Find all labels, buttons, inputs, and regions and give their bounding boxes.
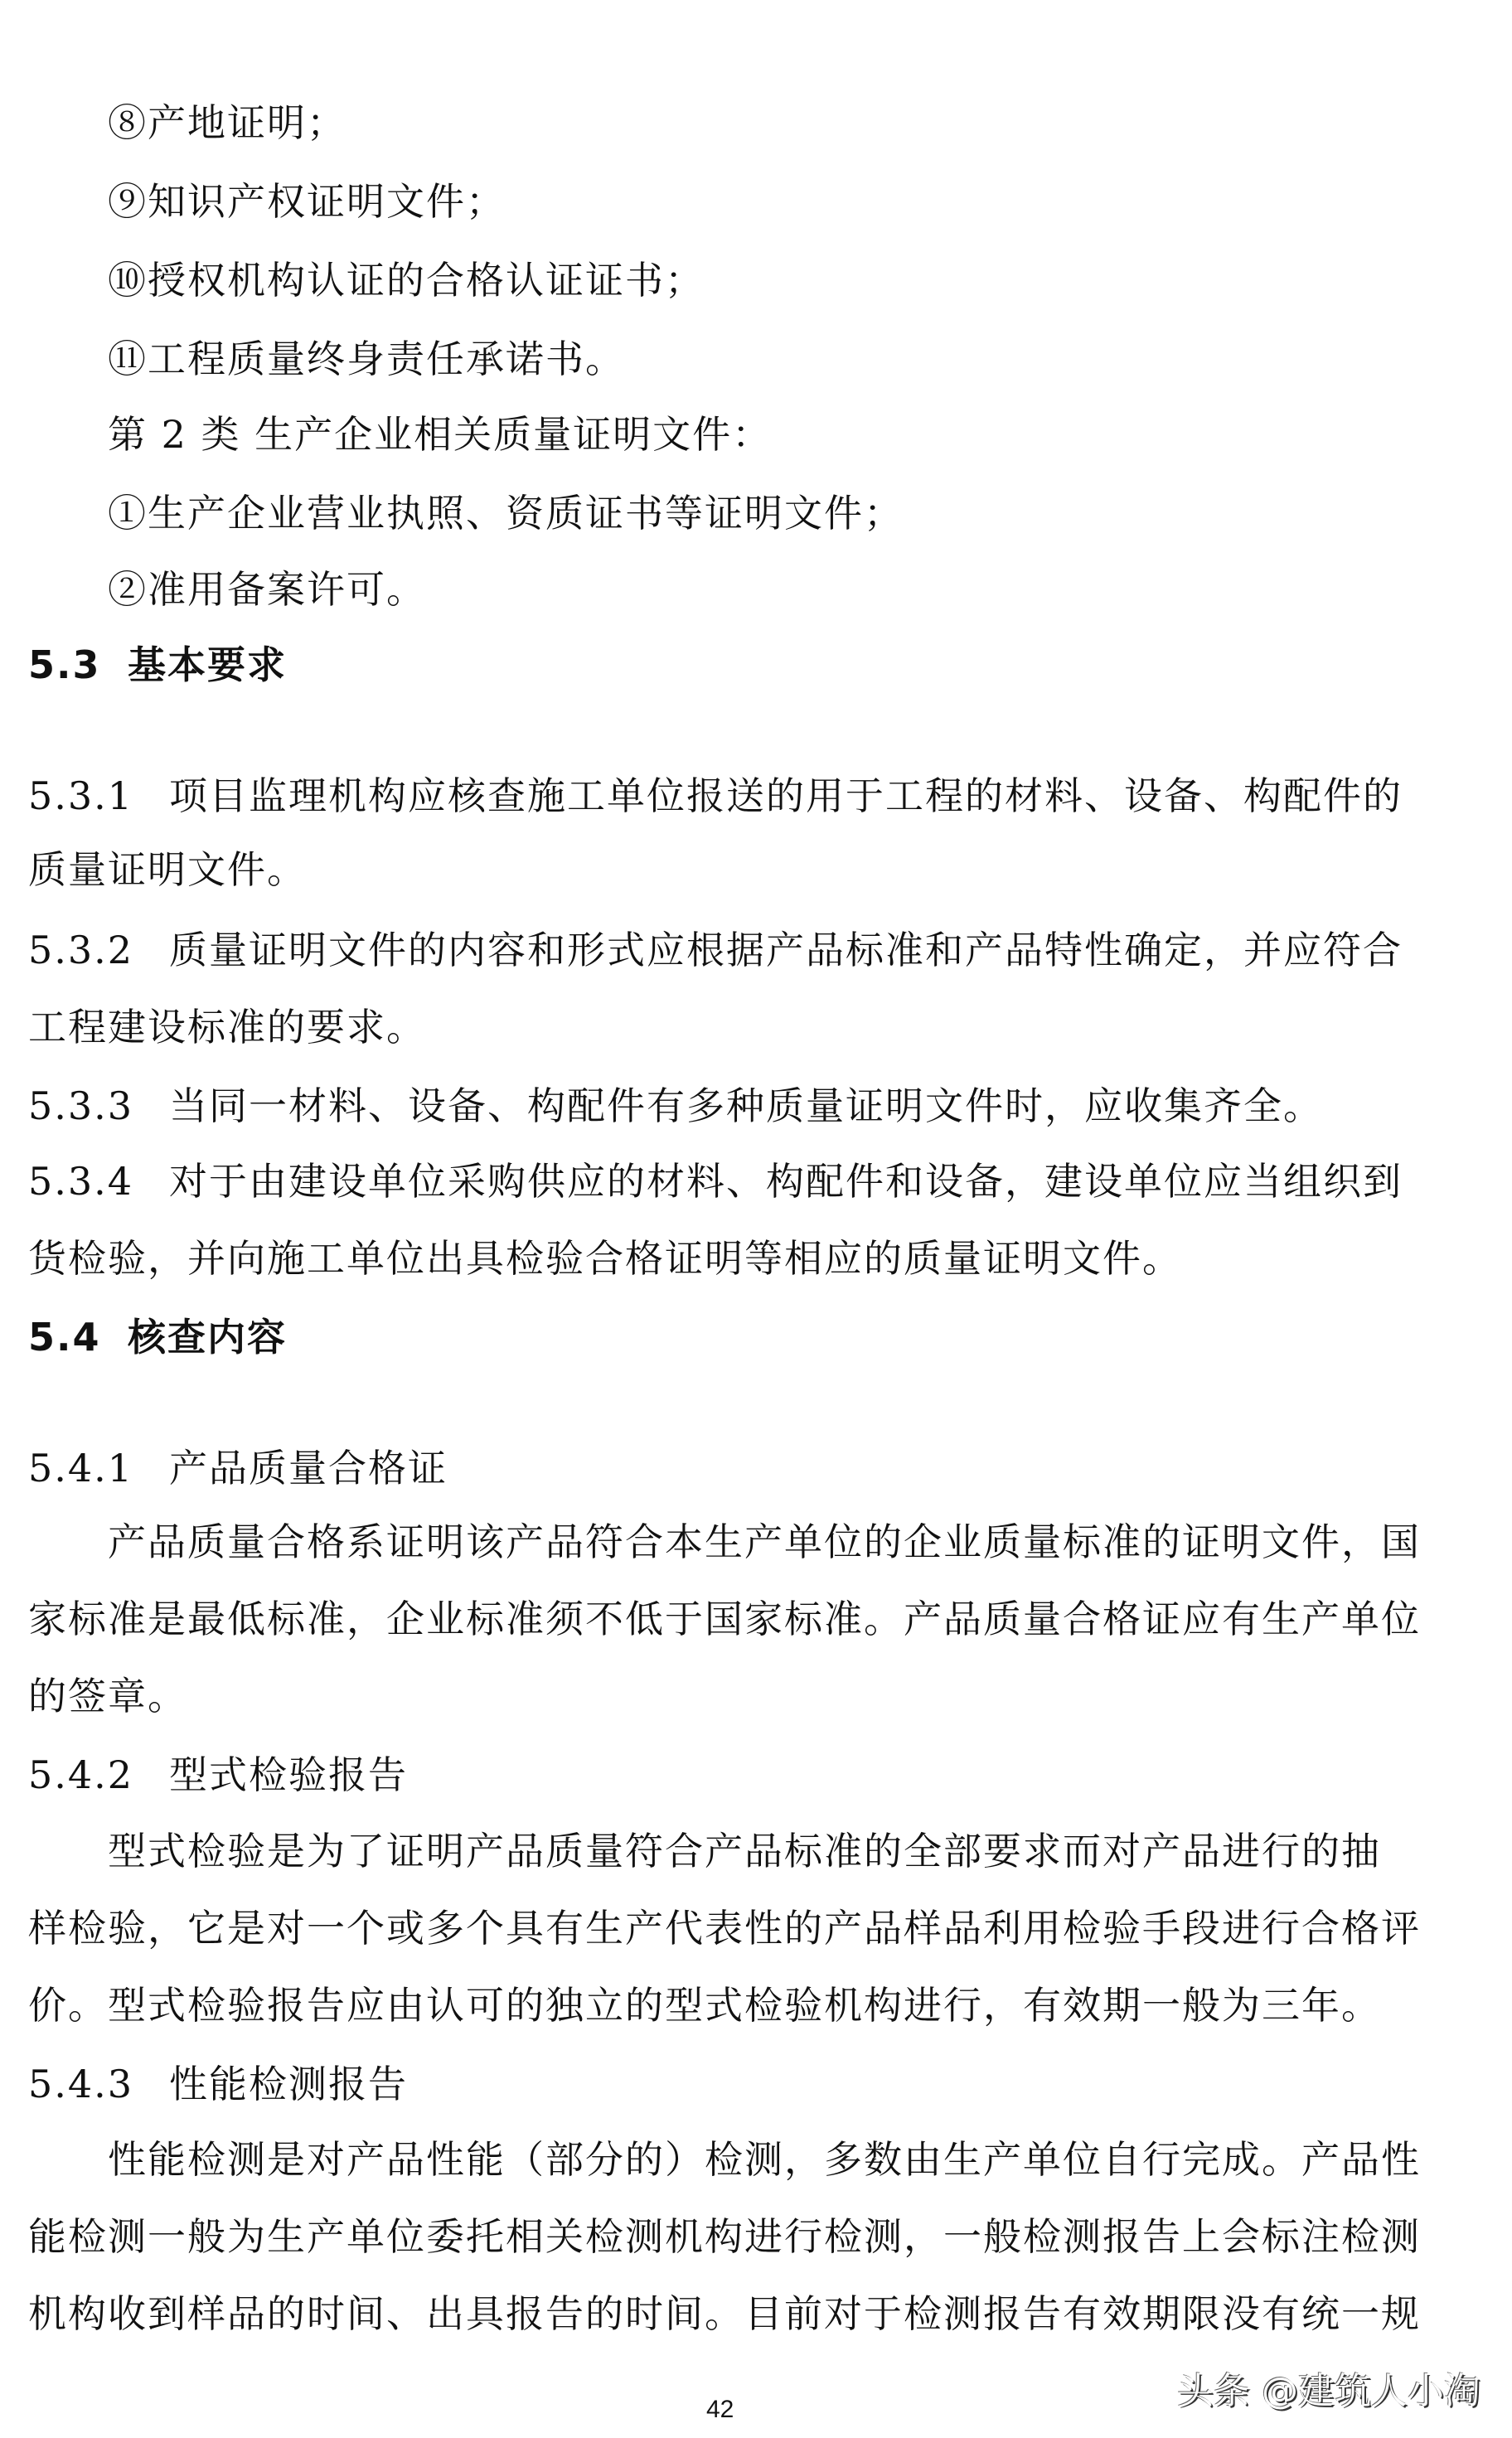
section-number: 5.3 bbox=[28, 642, 128, 688]
clause-text: 质量证明文件的内容和形式应根据产品标准和产品特性确定，并应符合 bbox=[169, 928, 1403, 972]
clause-text-cont: 货检验，并向施工单位出具检验合格证明等相应的质量证明文件。 bbox=[28, 1235, 1182, 1282]
clause-text: 项目监理机构应核查施工单位报送的用于工程的材料、设备、构配件的 bbox=[169, 773, 1403, 818]
clause-number: 5.3.3 bbox=[28, 1083, 169, 1129]
paragraph-line: 样检验，它是对一个或多个具有生产代表性的产品样品利用检验手段进行合格评 bbox=[28, 1905, 1421, 1951]
clause-number: 5.3.4 bbox=[28, 1158, 169, 1204]
paragraph-line: 价。型式检验报告应由认可的独立的型式检验机构进行，有效期一般为三年。 bbox=[28, 1982, 1381, 2028]
clause-text: 当同一材料、设备、构配件有多种质量证明文件时，应收集齐全。 bbox=[169, 1083, 1323, 1128]
subsection-number: 5.4.3 bbox=[28, 2061, 169, 2107]
list-item: ⑧产地证明； bbox=[108, 99, 346, 146]
subsection-title: 型式检验报告 bbox=[169, 1752, 408, 1797]
clause-5-3-1: 5.3.1项目监理机构应核查施工单位报送的用于工程的材料、设备、构配件的 bbox=[28, 773, 1403, 819]
clause-5-3-3: 5.3.3当同一材料、设备、构配件有多种质量证明文件时，应收集齐全。 bbox=[28, 1083, 1323, 1129]
clause-5-3-4: 5.3.4对于由建设单位采购供应的材料、构配件和设备，建设单位应当组织到 bbox=[28, 1158, 1403, 1204]
paragraph-line: 性能检测是对产品性能（部分的）检测，多数由生产单位自行完成。产品性 bbox=[108, 2136, 1421, 2183]
clause-text-cont: 工程建设标准的要求。 bbox=[28, 1004, 426, 1050]
clause-number: 5.3.1 bbox=[28, 773, 169, 819]
list-item: ⑪工程质量终身责任承诺书。 bbox=[108, 336, 625, 382]
clause-text: 对于由建设单位采购供应的材料、构配件和设备，建设单位应当组织到 bbox=[169, 1159, 1403, 1204]
subsection-number: 5.4.1 bbox=[28, 1445, 169, 1491]
paragraph-line: 家标准是最低标准，企业标准须不低于国家标准。产品质量合格证应有生产单位 bbox=[28, 1596, 1421, 1642]
section-heading-5-4: 5.4核查内容 bbox=[28, 1314, 287, 1360]
paragraph-line: 的签章。 bbox=[28, 1673, 187, 1719]
section-heading-5-3: 5.3基本要求 bbox=[28, 642, 287, 688]
list-item: ①生产企业营业执照、资质证书等证明文件； bbox=[108, 490, 904, 536]
clause-number: 5.3.2 bbox=[28, 927, 169, 973]
clause-text-cont: 质量证明文件。 bbox=[28, 846, 307, 893]
section-title: 核查内容 bbox=[128, 1315, 287, 1360]
subsection-title: 产品质量合格证 bbox=[169, 1446, 448, 1490]
paragraph-line: 型式检验是为了证明产品质量符合产品标准的全部要求而对产品进行的抽 bbox=[108, 1828, 1381, 1874]
section-title: 基本要求 bbox=[128, 642, 287, 687]
paragraph-line: 产品质量合格系证明该产品符合本生产单位的企业质量标准的证明文件，国 bbox=[108, 1519, 1421, 1565]
paragraph-line: 能检测一般为生产单位委托相关检测机构进行检测，一般检测报告上会标注检测 bbox=[28, 2213, 1421, 2260]
subsection-5-4-1: 5.4.1产品质量合格证 bbox=[28, 1445, 448, 1491]
subsection-number: 5.4.2 bbox=[28, 1752, 169, 1798]
clause-5-3-2: 5.3.2质量证明文件的内容和形式应根据产品标准和产品特性确定，并应符合 bbox=[28, 927, 1403, 973]
list-item: ⑨知识产权证明文件； bbox=[108, 178, 506, 225]
subsection-5-4-2: 5.4.2型式检验报告 bbox=[28, 1752, 408, 1798]
section-number: 5.4 bbox=[28, 1314, 128, 1360]
subsection-5-4-3: 5.4.3性能检测报告 bbox=[28, 2061, 408, 2107]
subsection-title: 性能检测报告 bbox=[169, 2062, 408, 2106]
page-number: 42 bbox=[706, 2396, 734, 2424]
list-item: ⑩授权机构认证的合格认证证书； bbox=[108, 257, 705, 303]
list-item: ②准用备案许可。 bbox=[108, 566, 426, 613]
paragraph-line: 机构收到样品的时间、出具报告的时间。目前对于检测报告有效期限没有统一规 bbox=[28, 2290, 1421, 2337]
category-title: 第 2 类 生产企业相关质量证明文件： bbox=[108, 411, 772, 458]
watermark: 头条 @建筑人小淘 bbox=[1177, 2361, 1480, 2414]
